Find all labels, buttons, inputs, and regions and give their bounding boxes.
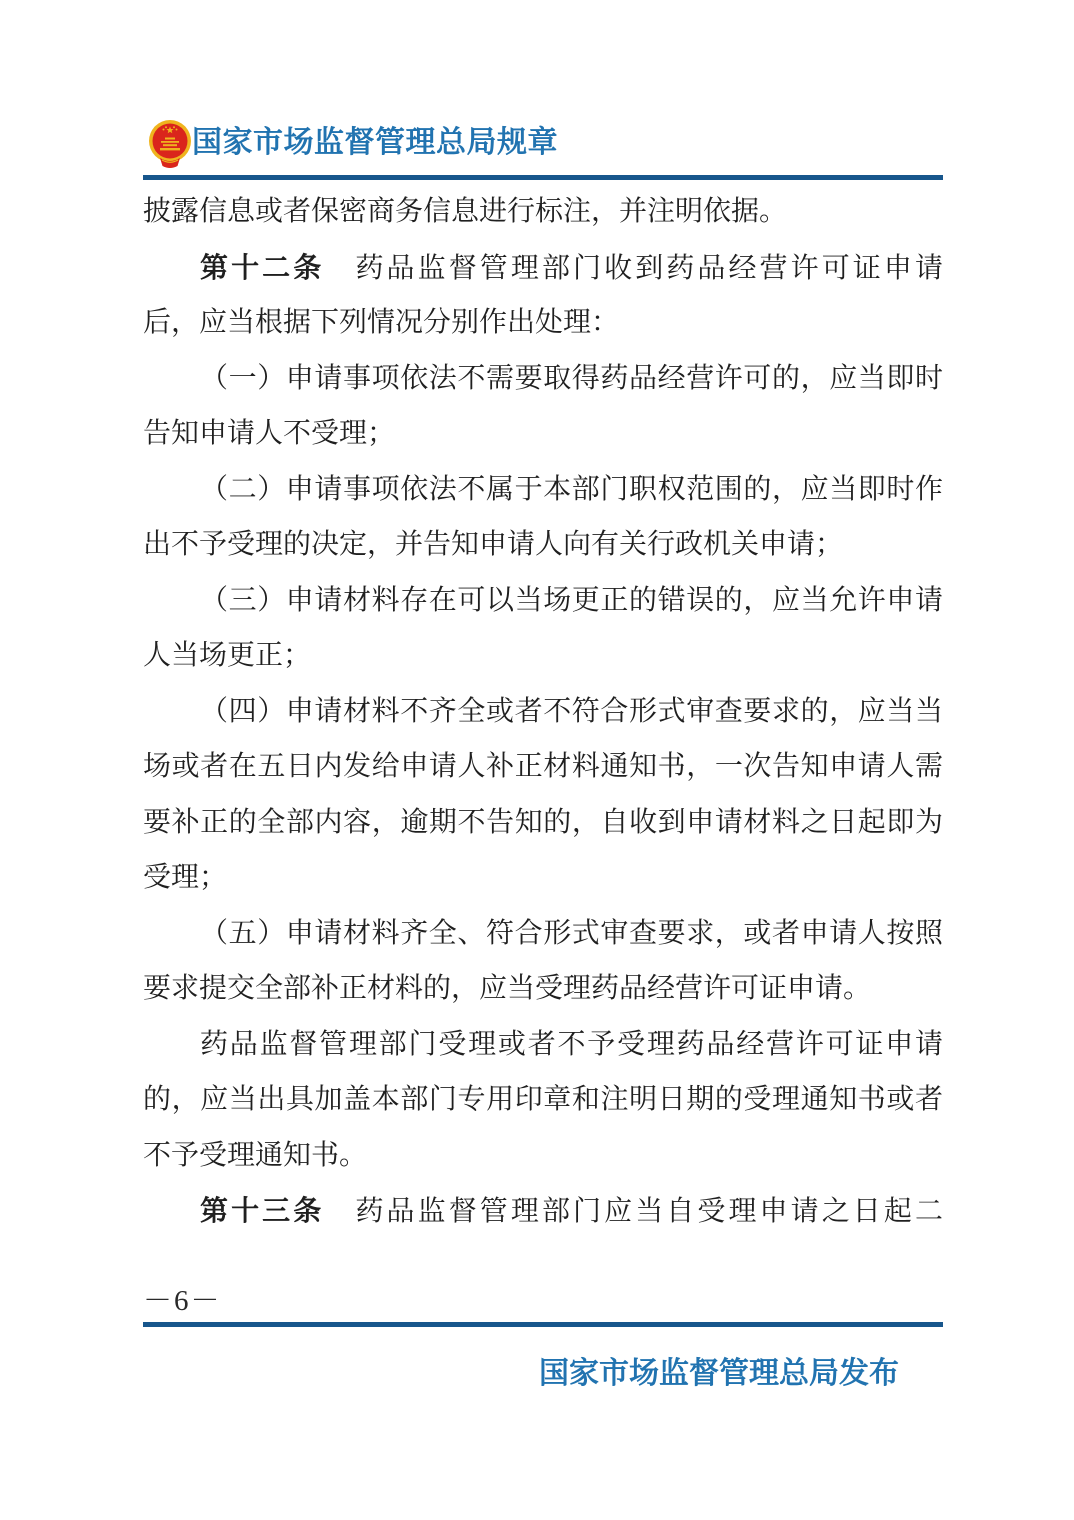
body-line-item-1: （一）申请事项依法不需要取得药品经营许可的，应当即时	[143, 351, 943, 407]
body-line: 场或者在五日内发给申请人补正材料通知书，一次告知申请人需	[143, 739, 943, 795]
page-title: 国家市场监督管理总局规章	[192, 124, 558, 162]
body-line: 要求提交全部补正材料的，应当受理药品经营许可证申请。	[143, 961, 943, 1017]
body-line-article-12: 第十二条药品监督管理部门收到药品经营许可证申请	[143, 240, 943, 296]
document-page: 国家市场监督管理总局规章 披露信息或者保密商务信息进行标注，并注明依据。 第十二…	[0, 0, 1074, 1520]
body-line: 后，应当根据下列情况分别作出处理：	[143, 295, 943, 351]
body-line-item-2: （二）申请事项依法不属于本部门职权范围的，应当即时作	[143, 462, 943, 518]
body-line: 要补正的全部内容，逾期不告知的，自收到申请材料之日起即为	[143, 795, 943, 851]
document-body: 披露信息或者保密商务信息进行标注，并注明依据。 第十二条药品监督管理部门收到药品…	[143, 184, 943, 1239]
body-line: 出不予受理的决定，并告知申请人向有关行政机关申请；	[143, 517, 943, 573]
publisher-label: 国家市场监督管理总局发布	[143, 1348, 943, 1392]
body-line: 披露信息或者保密商务信息进行标注，并注明依据。	[143, 184, 943, 240]
body-line: 的，应当出具加盖本部门专用印章和注明日期的受理通知书或者	[143, 1072, 943, 1128]
body-line: 不予受理通知书。	[143, 1128, 943, 1184]
body-line-article-13: 第十三条药品监督管理部门应当自受理申请之日起二	[143, 1183, 943, 1239]
footer-divider	[143, 1322, 943, 1327]
article-number: 第十三条	[200, 1195, 355, 1226]
body-line: 告知申请人不受理；	[143, 406, 943, 462]
page-number: －6－	[143, 1278, 222, 1319]
national-emblem-icon	[146, 118, 194, 170]
body-line: 受理；	[143, 850, 943, 906]
body-line: 药品监督管理部门受理或者不予受理药品经营许可证申请	[143, 1017, 943, 1073]
body-line-item-3: （三）申请材料存在可以当场更正的错误的，应当允许申请	[143, 573, 943, 629]
body-line-item-4: （四）申请材料不齐全或者不符合形式审查要求的，应当当	[143, 684, 943, 740]
article-number: 第十二条	[200, 252, 355, 283]
header-divider	[143, 175, 943, 180]
body-line: 人当场更正；	[143, 628, 943, 684]
body-line-item-5: （五）申请材料齐全、符合形式审查要求，或者申请人按照	[143, 906, 943, 962]
